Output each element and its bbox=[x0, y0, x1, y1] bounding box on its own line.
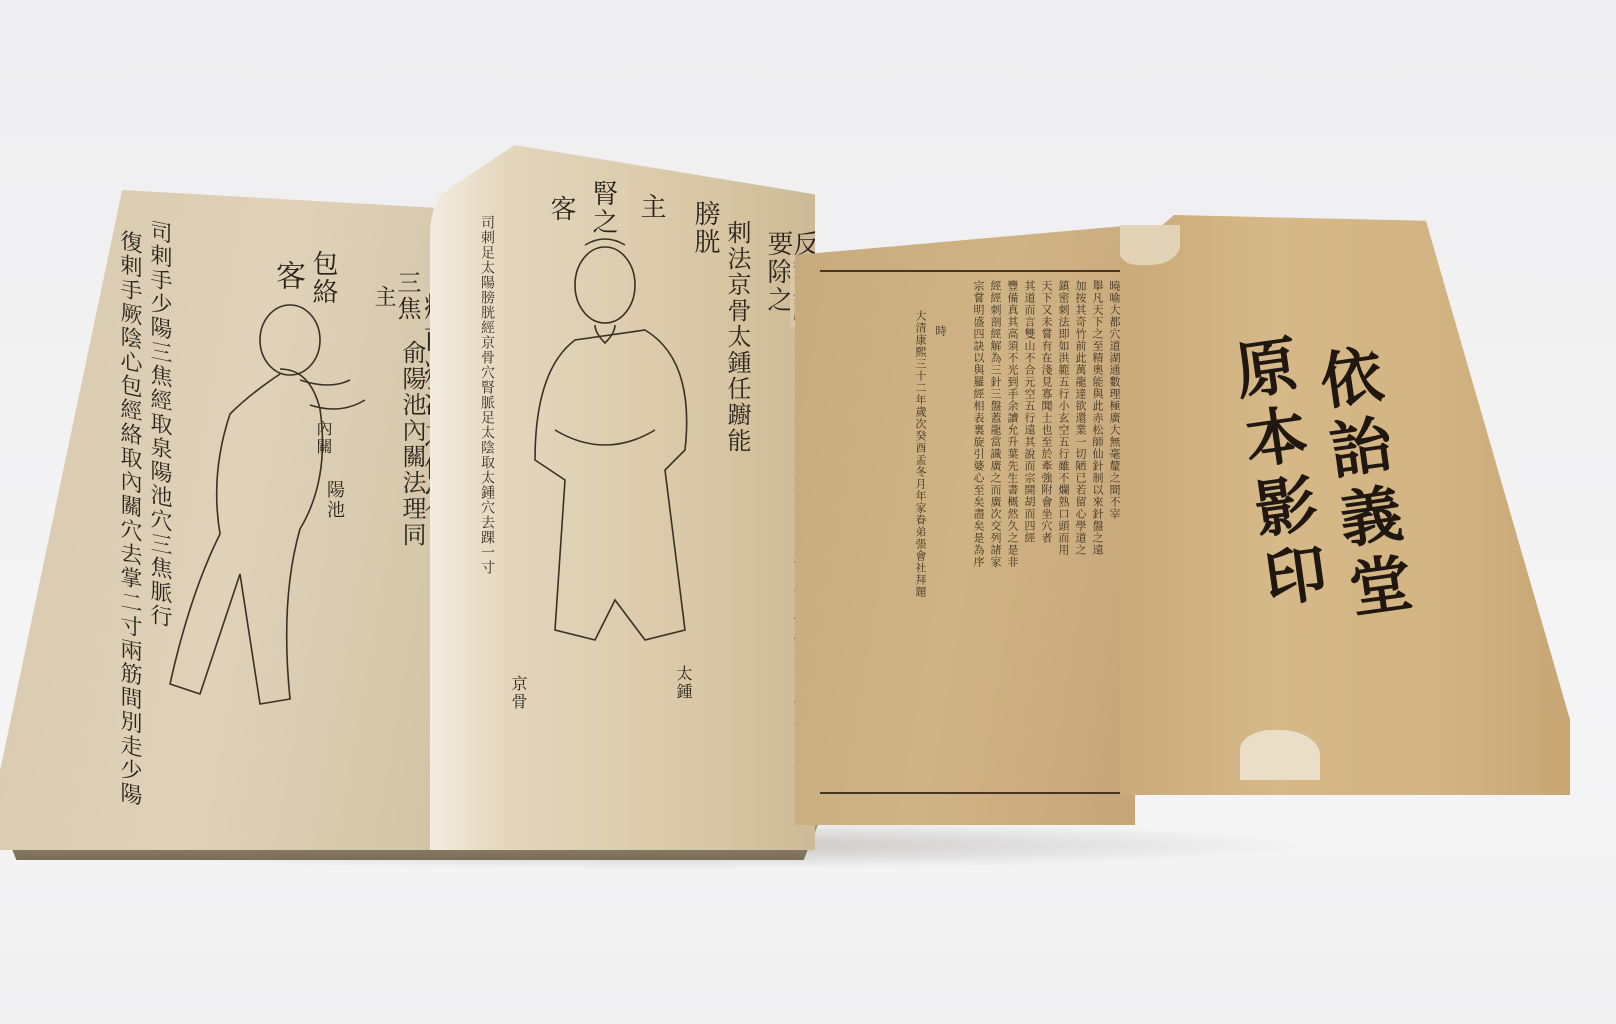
preface-prefix: 時 bbox=[935, 325, 946, 337]
left-page: 客 包絡 主 三焦 復剌手厥陰心包經絡取內關穴去掌二寸兩筋間別走少陽 司剌手少陽… bbox=[0, 190, 470, 850]
preface-column: 天下又未嘗有在淺見寡聞士也至於牽強附會坐穴者 bbox=[1041, 280, 1052, 740]
preface-date-line: 大清康熙三十二年歲次癸酉孟冬月年家眷弟張會社拜題 bbox=[915, 310, 926, 598]
preface-column: 經經刺剖經解為三針三盤蓋龍當識廣之而廣次交列諸家 bbox=[990, 280, 1001, 740]
preface-column: 曉喻大都穴道湖通數理極廣大無毫釐之間不宰 bbox=[1109, 280, 1120, 740]
label-ke: 客 bbox=[548, 195, 574, 223]
preface-column: 宗嘗明盛四訣以與羅經相表裏旋引婆心至矣盡矣是為序 bbox=[973, 280, 984, 740]
preface-column: 其道而言雙山不合元空五行遠其說而宗開胡而四經 bbox=[1024, 280, 1035, 740]
preface-column: 舉凡天下之至精奧能與此赤松師仙針制以來針盤之遠 bbox=[1092, 280, 1103, 740]
photo-scene: 客 包絡 主 三焦 復剌手厥陰心包經絡取內關穴去掌二寸兩筋間別走少陽 司剌手少陽… bbox=[0, 0, 1616, 1024]
label-yangchi: 陽池 bbox=[325, 480, 343, 520]
middle-page: 客 腎之 主 膀胱 剌法京骨太鍾任躕能 反手頻肩鼓鼻衄目黃筋骨縮脫肛痔漏腹心膨若… bbox=[430, 145, 815, 850]
label-zhu: 主 bbox=[372, 285, 394, 309]
label-jinggu: 京骨 bbox=[510, 675, 526, 711]
label-sanjiao: 三焦 bbox=[395, 270, 419, 322]
label-zhu-mid: 主 bbox=[638, 193, 664, 221]
preface-column: 鎮密刺法即如洪範五行小玄空五行雖不爛熟口頭而用 bbox=[1058, 280, 1069, 740]
label-taizhong: 太鍾 bbox=[675, 665, 691, 701]
label-shenzhi: 腎之 bbox=[590, 180, 616, 236]
text-marginal-notes: 司刺足太陽膀胱經京骨穴腎脈足太陰取太鍾穴去踝一寸 bbox=[480, 215, 494, 695]
preface-column: 加按其奇竹前此萬龍達欲還業一切陋已若留心學道之 bbox=[1075, 280, 1086, 740]
label-neiguan: 內關 bbox=[315, 420, 331, 456]
preface-column: 豐備真其高須不光到手余讀允升葉先生書概然久之是非 bbox=[1007, 280, 1018, 740]
text-needling-method: 剌法京骨太鍾任躕能 bbox=[725, 220, 749, 454]
robed-figure-illustration bbox=[515, 230, 715, 700]
preface-text-block: 曉喻大都穴道湖通數理極廣大無毫釐之間不宰 舉凡天下之至精奧能與此赤松師仙針制以來… bbox=[910, 280, 1120, 740]
torn-paper-patch bbox=[1240, 730, 1320, 780]
torn-paper-patch bbox=[1120, 225, 1180, 265]
